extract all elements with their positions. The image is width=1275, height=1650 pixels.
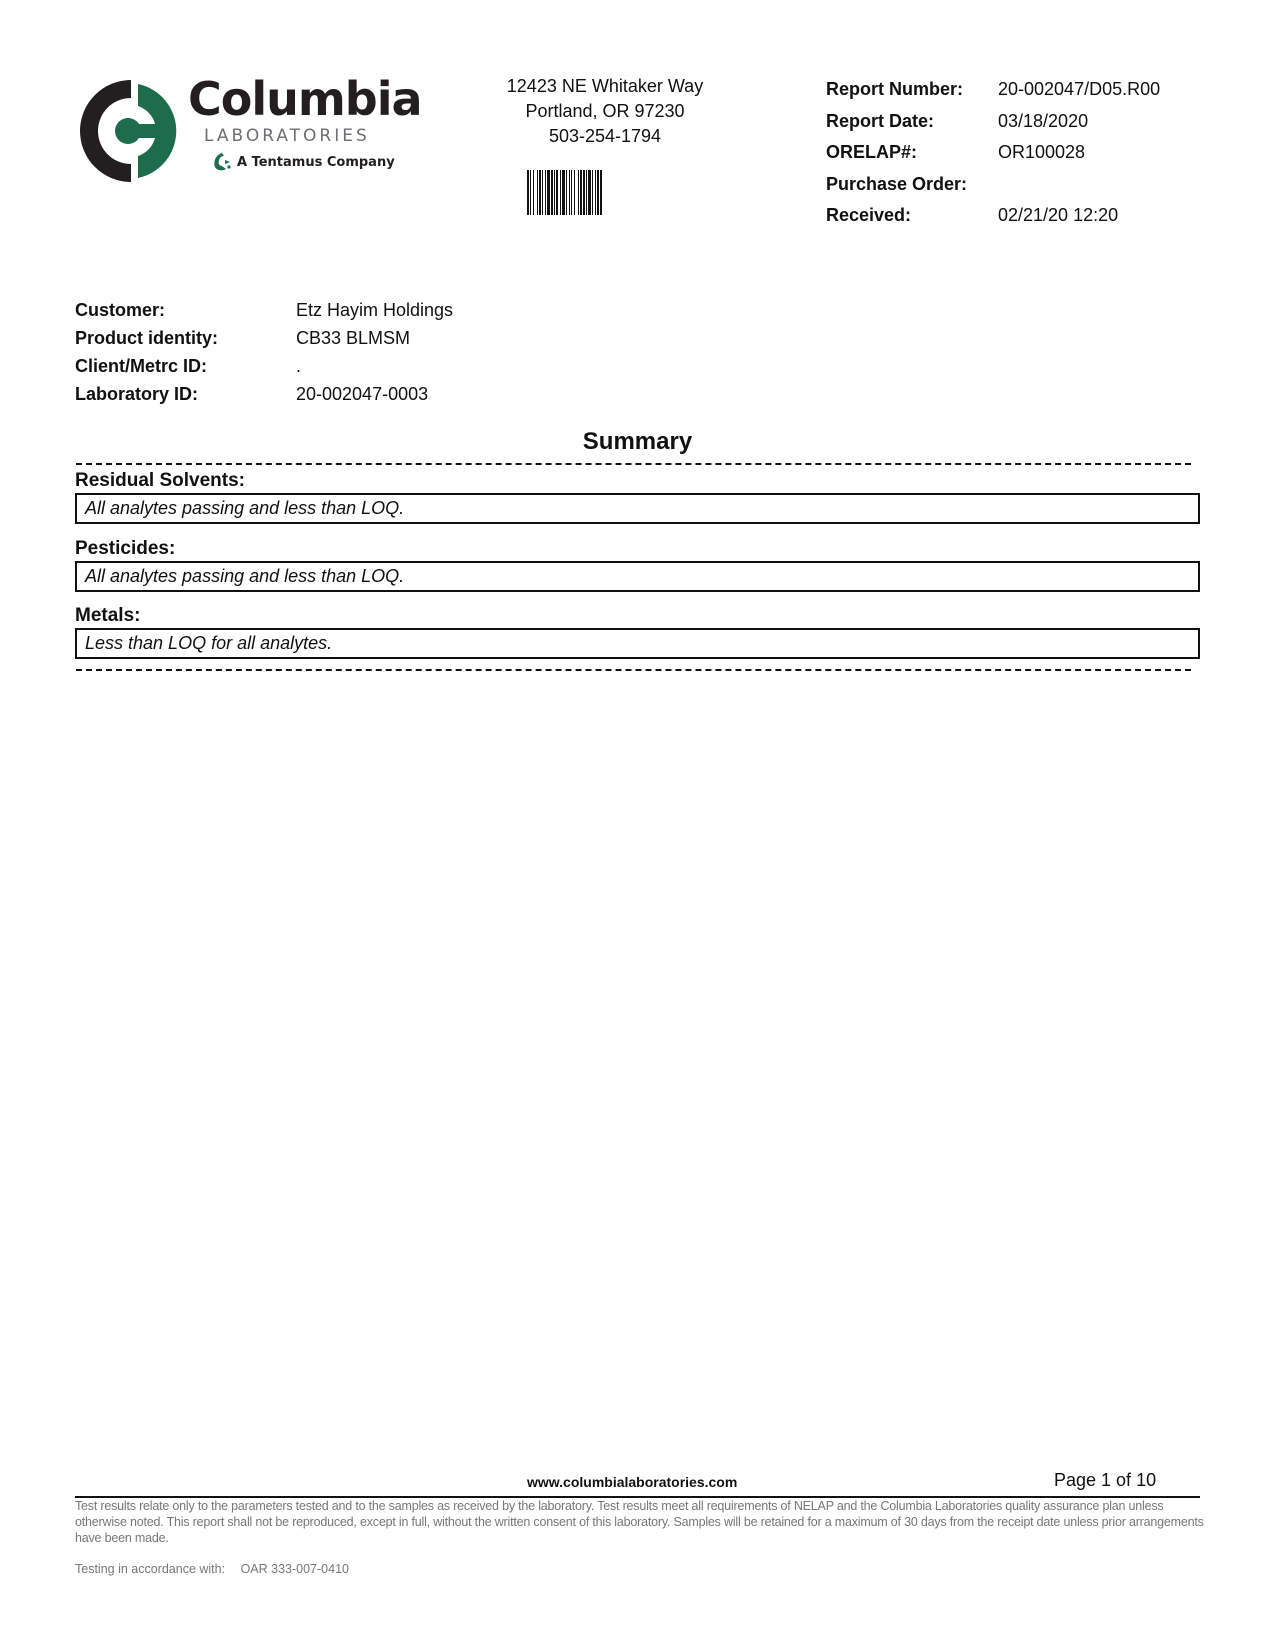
barcode-icon (527, 170, 667, 215)
brand-tagline: A Tentamus Company (212, 152, 395, 172)
tentamus-leaf-icon (212, 152, 234, 172)
info-laboratory-id: Laboratory ID: 20-002047-0003 (75, 380, 453, 408)
meta-orelap: ORELAP#: OR100028 (826, 137, 1160, 169)
result-box: All analytes passing and less than LOQ. (75, 493, 1200, 524)
result-box: All analytes passing and less than LOQ. (75, 561, 1200, 592)
address-city: Portland, OR 97230 (480, 99, 730, 124)
meta-purchase-order: Purchase Order: (826, 169, 1160, 201)
summary-section-metals: Metals: Less than LOQ for all analytes. (75, 604, 1200, 659)
lab-address: 12423 NE Whitaker Way Portland, OR 97230… (480, 74, 730, 149)
meta-report-date: Report Date: 03/18/2020 (826, 106, 1160, 138)
sample-info: Customer: Etz Hayim Holdings Product ide… (75, 296, 453, 408)
summary-divider-bottom (76, 669, 1191, 671)
columbia-logo-icon (76, 76, 186, 186)
footer-website-link[interactable]: www.columbialaboratories.com (527, 1474, 737, 1490)
result-box: Less than LOQ for all analytes. (75, 628, 1200, 659)
page-number: Page 1 of 10 (1054, 1470, 1156, 1491)
summary-section-pesticides: Pesticides: All analytes passing and les… (75, 537, 1200, 592)
summary-title: Summary (0, 428, 1275, 456)
info-customer: Customer: Etz Hayim Holdings (75, 296, 453, 324)
brand-subtitle: LABORATORIES (204, 126, 370, 146)
address-phone: 503-254-1794 (480, 124, 730, 149)
company-logo: Columbia LABORATORIES A Tentamus Company (76, 76, 406, 186)
footer-disclaimer: Test results relate only to the paramete… (75, 1498, 1205, 1546)
meta-received: Received: 02/21/20 12:20 (826, 200, 1160, 232)
meta-report-number: Report Number: 20-002047/D05.R00 (826, 74, 1160, 106)
brand-name: Columbia (188, 72, 422, 126)
footer-compliance: Testing in accordance with: OAR 333-007-… (75, 1562, 349, 1576)
summary-section-residual-solvents: Residual Solvents: All analytes passing … (75, 469, 1200, 524)
report-meta: Report Number: 20-002047/D05.R00 Report … (826, 74, 1160, 232)
info-client-metrc-id: Client/Metrc ID: . (75, 352, 453, 380)
summary-divider-top (76, 463, 1191, 465)
address-street: 12423 NE Whitaker Way (480, 74, 730, 99)
info-product-identity: Product identity: CB33 BLMSM (75, 324, 453, 352)
